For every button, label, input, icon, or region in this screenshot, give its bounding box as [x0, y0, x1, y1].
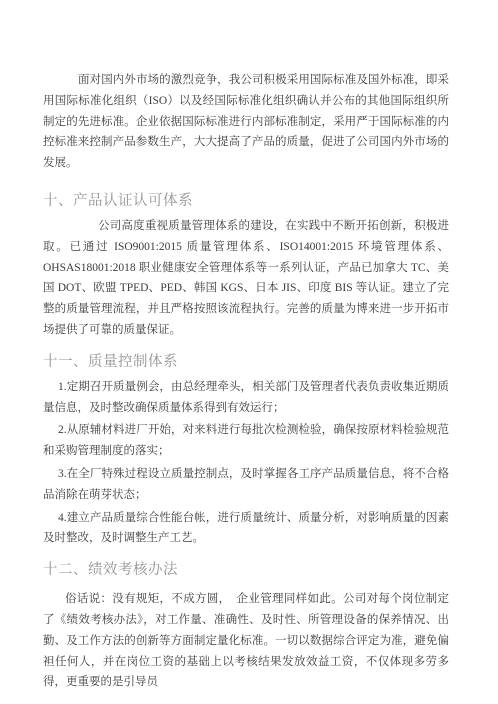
paragraph-performance-appraisal: 俗话说：没有规矩，不成方圆， 企业管理同样如此。公司对每个岗位制定了《绩效考核办…: [43, 589, 449, 693]
section-heading-10-product-certification: 十、产品认证认可体系: [43, 188, 449, 214]
document-page: 面对国内外市场的激烈竞争，我公司积极采用国际标准及国外标准，即采用国际标准化组织…: [0, 0, 498, 704]
list-item-quality-ledger: 4.建立产品质量综合性能台帐，进行质量统计、质量分析，对影响质量的因素及时整改，…: [43, 508, 449, 550]
section-heading-11-quality-control: 十一、质量控制体系: [43, 349, 449, 375]
paragraph-certification-systems: 公司高度重视质量管理体系的建设，在实践中不断开拓创新，积极进取。已通过 ISO9…: [43, 216, 449, 341]
list-item-quality-control-points: 3.在全厂特殊过程设立质量控制点，及时掌握各工序产品质量信息，将不合格品消除在萌…: [43, 464, 449, 506]
list-item-raw-material-inspection: 2.从原辅材料进厂开始，对来料进行每批次检测检验，确保按原材料检验规范和采购管理…: [43, 420, 449, 462]
list-item-quality-meeting: 1.定期召开质量例会，由总经理牵头，相关部门及管理者代表负责收集近期质量信息，及…: [43, 377, 449, 419]
document-body: 面对国内外市场的激烈竞争，我公司积极采用国际标准及国外标准，即采用国际标准化组织…: [43, 0, 449, 693]
paragraph-international-standards: 面对国内外市场的激烈竞争，我公司积极采用国际标准及国外标准，即采用国际标准化组织…: [43, 70, 449, 174]
section-heading-12-performance-appraisal: 十二、绩效考核办法: [43, 557, 449, 583]
